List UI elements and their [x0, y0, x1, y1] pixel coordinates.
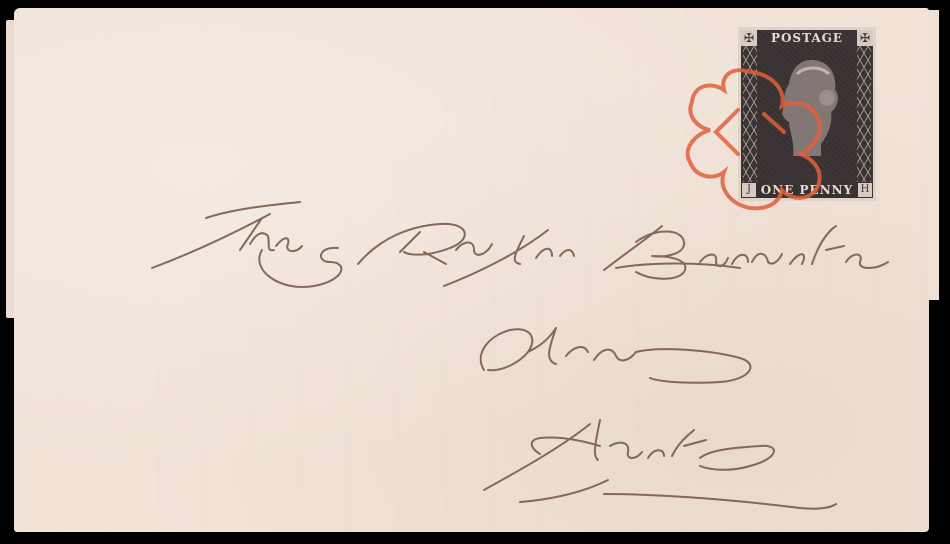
- stamp-value-text: ONE PENNY: [761, 183, 853, 197]
- penny-black-stamp: ✠ POSTAGE ✠ J ONE PENNY H: [738, 27, 876, 201]
- stamp-bottom-band: J ONE PENNY H: [741, 182, 873, 198]
- stamp-lattice-left: [743, 46, 757, 182]
- star-icon: ✠: [741, 30, 757, 46]
- stamp-lattice-right: [857, 46, 871, 182]
- star-icon: ✠: [857, 30, 873, 46]
- stamp-postage-text: POSTAGE: [771, 31, 843, 45]
- queen-portrait-icon: [771, 52, 843, 162]
- stamp-top-band: ✠ POSTAGE ✠: [741, 30, 873, 46]
- corner-letter-left: J: [742, 183, 756, 197]
- stamp-face: ✠ POSTAGE ✠ J ONE PENNY H: [741, 30, 873, 198]
- corner-letter-right: H: [858, 183, 872, 197]
